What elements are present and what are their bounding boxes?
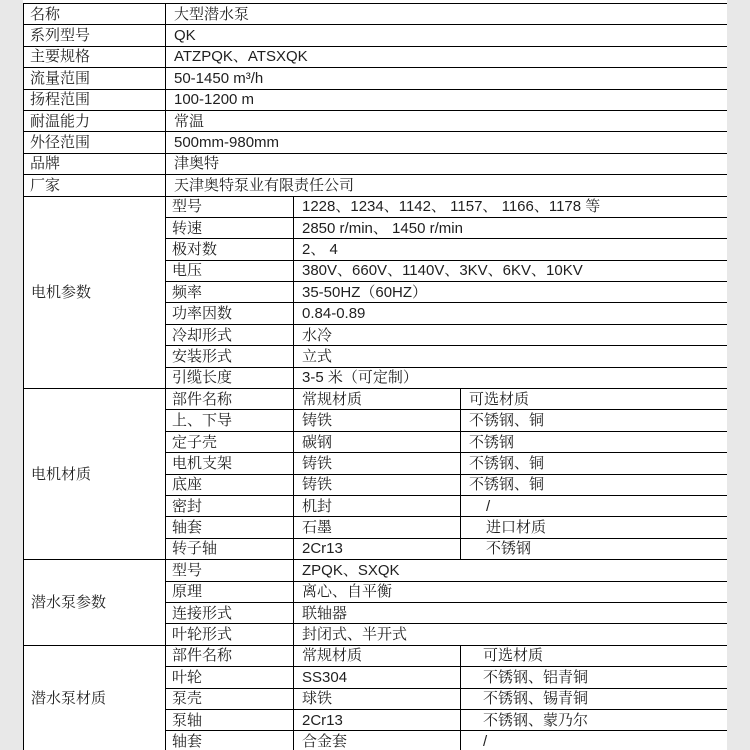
- standard-material-cell: 铸铁: [294, 474, 461, 495]
- section-title: 潜水泵材质: [24, 645, 166, 750]
- param-value: 2、 4: [294, 239, 728, 260]
- row-label: 外径范围: [24, 132, 166, 153]
- param-label: 冷却形式: [166, 324, 294, 345]
- standard-material-cell: 铸铁: [294, 453, 461, 474]
- param-label: 频率: [166, 282, 294, 303]
- standard-material-cell: 机封: [294, 495, 461, 516]
- optional-material-cell: 不锈钢、铜: [461, 474, 728, 495]
- part-name-cell: 轴套: [166, 731, 294, 750]
- row-value: 500mm-980mm: [166, 132, 728, 153]
- table-row: 品牌津奥特: [24, 153, 728, 174]
- optional-material-cell: /: [461, 731, 728, 750]
- row-value: 天津奥特泵业有限责任公司: [166, 175, 728, 196]
- param-label: 原理: [166, 581, 294, 602]
- param-label: 型号: [166, 560, 294, 581]
- standard-material-cell: 常规材质: [294, 645, 461, 666]
- table-row: 电机材质部件名称常规材质可选材质: [24, 389, 728, 410]
- param-value: 联轴器: [294, 602, 728, 623]
- row-value: 100-1200 m: [166, 89, 728, 110]
- param-label: 安装形式: [166, 346, 294, 367]
- param-label: 型号: [166, 196, 294, 217]
- param-value: 0.84-0.89: [294, 303, 728, 324]
- row-label: 厂家: [24, 175, 166, 196]
- table-row: 厂家天津奥特泵业有限责任公司: [24, 175, 728, 196]
- standard-material-cell: 2Cr13: [294, 709, 461, 730]
- param-value: 封闭式、半开式: [294, 624, 728, 645]
- param-label: 功率因数: [166, 303, 294, 324]
- standard-material-cell: 合金套: [294, 731, 461, 750]
- param-label: 连接形式: [166, 602, 294, 623]
- optional-material-cell: 可选材质: [461, 389, 728, 410]
- table-row: 主要规格ATZPQK、ATSXQK: [24, 46, 728, 67]
- part-name-cell: 底座: [166, 474, 294, 495]
- page: 名称大型潜水泵系列型号QK主要规格ATZPQK、ATSXQK流量范围50-145…: [0, 0, 750, 750]
- param-value: 离心、自平衡: [294, 581, 728, 602]
- section-title: 潜水泵参数: [24, 560, 166, 646]
- table-row: 潜水泵参数型号ZPQK、SXQK: [24, 560, 728, 581]
- param-value: 35-50HZ（60HZ）: [294, 282, 728, 303]
- standard-material-cell: 石墨: [294, 517, 461, 538]
- row-value: 常温: [166, 110, 728, 131]
- row-label: 扬程范围: [24, 89, 166, 110]
- row-label: 耐温能力: [24, 110, 166, 131]
- row-label: 流量范围: [24, 68, 166, 89]
- part-name-cell: 上、下导: [166, 410, 294, 431]
- row-label: 主要规格: [24, 46, 166, 67]
- part-name-cell: 部件名称: [166, 645, 294, 666]
- param-label: 转速: [166, 217, 294, 238]
- standard-material-cell: 铸铁: [294, 410, 461, 431]
- standard-material-cell: SS304: [294, 667, 461, 688]
- param-label: 引缆长度: [166, 367, 294, 388]
- part-name-cell: 转子轴: [166, 538, 294, 559]
- pump-spec-table: 名称大型潜水泵系列型号QK主要规格ATZPQK、ATSXQK流量范围50-145…: [23, 3, 727, 750]
- param-value: ZPQK、SXQK: [294, 560, 728, 581]
- optional-material-cell: 可选材质: [461, 645, 728, 666]
- table-row: 流量范围50-1450 m³/h: [24, 68, 728, 89]
- row-label: 系列型号: [24, 25, 166, 46]
- part-name-cell: 密封: [166, 495, 294, 516]
- table-row: 潜水泵材质部件名称常规材质可选材质: [24, 645, 728, 666]
- section-title: 电机材质: [24, 389, 166, 560]
- param-value: 水冷: [294, 324, 728, 345]
- table-row: 耐温能力常温: [24, 110, 728, 131]
- optional-material-cell: 进口材质: [461, 517, 728, 538]
- param-value: 380V、660V、1140V、3KV、6KV、10KV: [294, 260, 728, 281]
- optional-material-cell: 不锈钢、铜: [461, 410, 728, 431]
- table-row: 电机参数型号1228、1234、1142、 1157、 1166、1178 等: [24, 196, 728, 217]
- table-row: 系列型号QK: [24, 25, 728, 46]
- row-value: 50-1450 m³/h: [166, 68, 728, 89]
- part-name-cell: 轴套: [166, 517, 294, 538]
- param-label: 叶轮形式: [166, 624, 294, 645]
- optional-material-cell: 不锈钢: [461, 431, 728, 452]
- optional-material-cell: 不锈钢、铝青铜: [461, 667, 728, 688]
- row-label: 品牌: [24, 153, 166, 174]
- row-value: 大型潜水泵: [166, 4, 728, 25]
- spec-sheet: 名称大型潜水泵系列型号QK主要规格ATZPQK、ATSXQK流量范围50-145…: [23, 0, 727, 750]
- part-name-cell: 部件名称: [166, 389, 294, 410]
- row-label: 名称: [24, 4, 166, 25]
- param-label: 极对数: [166, 239, 294, 260]
- section-title: 电机参数: [24, 196, 166, 389]
- part-name-cell: 泵壳: [166, 688, 294, 709]
- part-name-cell: 定子壳: [166, 431, 294, 452]
- optional-material-cell: 不锈钢: [461, 538, 728, 559]
- param-value: 立式: [294, 346, 728, 367]
- part-name-cell: 电机支架: [166, 453, 294, 474]
- table-row: 扬程范围100-1200 m: [24, 89, 728, 110]
- param-value: 3-5 米（可定制）: [294, 367, 728, 388]
- param-value: 1228、1234、1142、 1157、 1166、1178 等: [294, 196, 728, 217]
- param-value: 2850 r/min、 1450 r/min: [294, 217, 728, 238]
- part-name-cell: 泵轴: [166, 709, 294, 730]
- optional-material-cell: 不锈钢、蒙乃尔: [461, 709, 728, 730]
- standard-material-cell: 常规材质: [294, 389, 461, 410]
- part-name-cell: 叶轮: [166, 667, 294, 688]
- table-row: 外径范围500mm-980mm: [24, 132, 728, 153]
- standard-material-cell: 碳钢: [294, 431, 461, 452]
- standard-material-cell: 球铁: [294, 688, 461, 709]
- standard-material-cell: 2Cr13: [294, 538, 461, 559]
- row-value: 津奥特: [166, 153, 728, 174]
- row-value: QK: [166, 25, 728, 46]
- table-row: 名称大型潜水泵: [24, 4, 728, 25]
- optional-material-cell: /: [461, 495, 728, 516]
- row-value: ATZPQK、ATSXQK: [166, 46, 728, 67]
- optional-material-cell: 不锈钢、铜: [461, 453, 728, 474]
- optional-material-cell: 不锈钢、锡青铜: [461, 688, 728, 709]
- param-label: 电压: [166, 260, 294, 281]
